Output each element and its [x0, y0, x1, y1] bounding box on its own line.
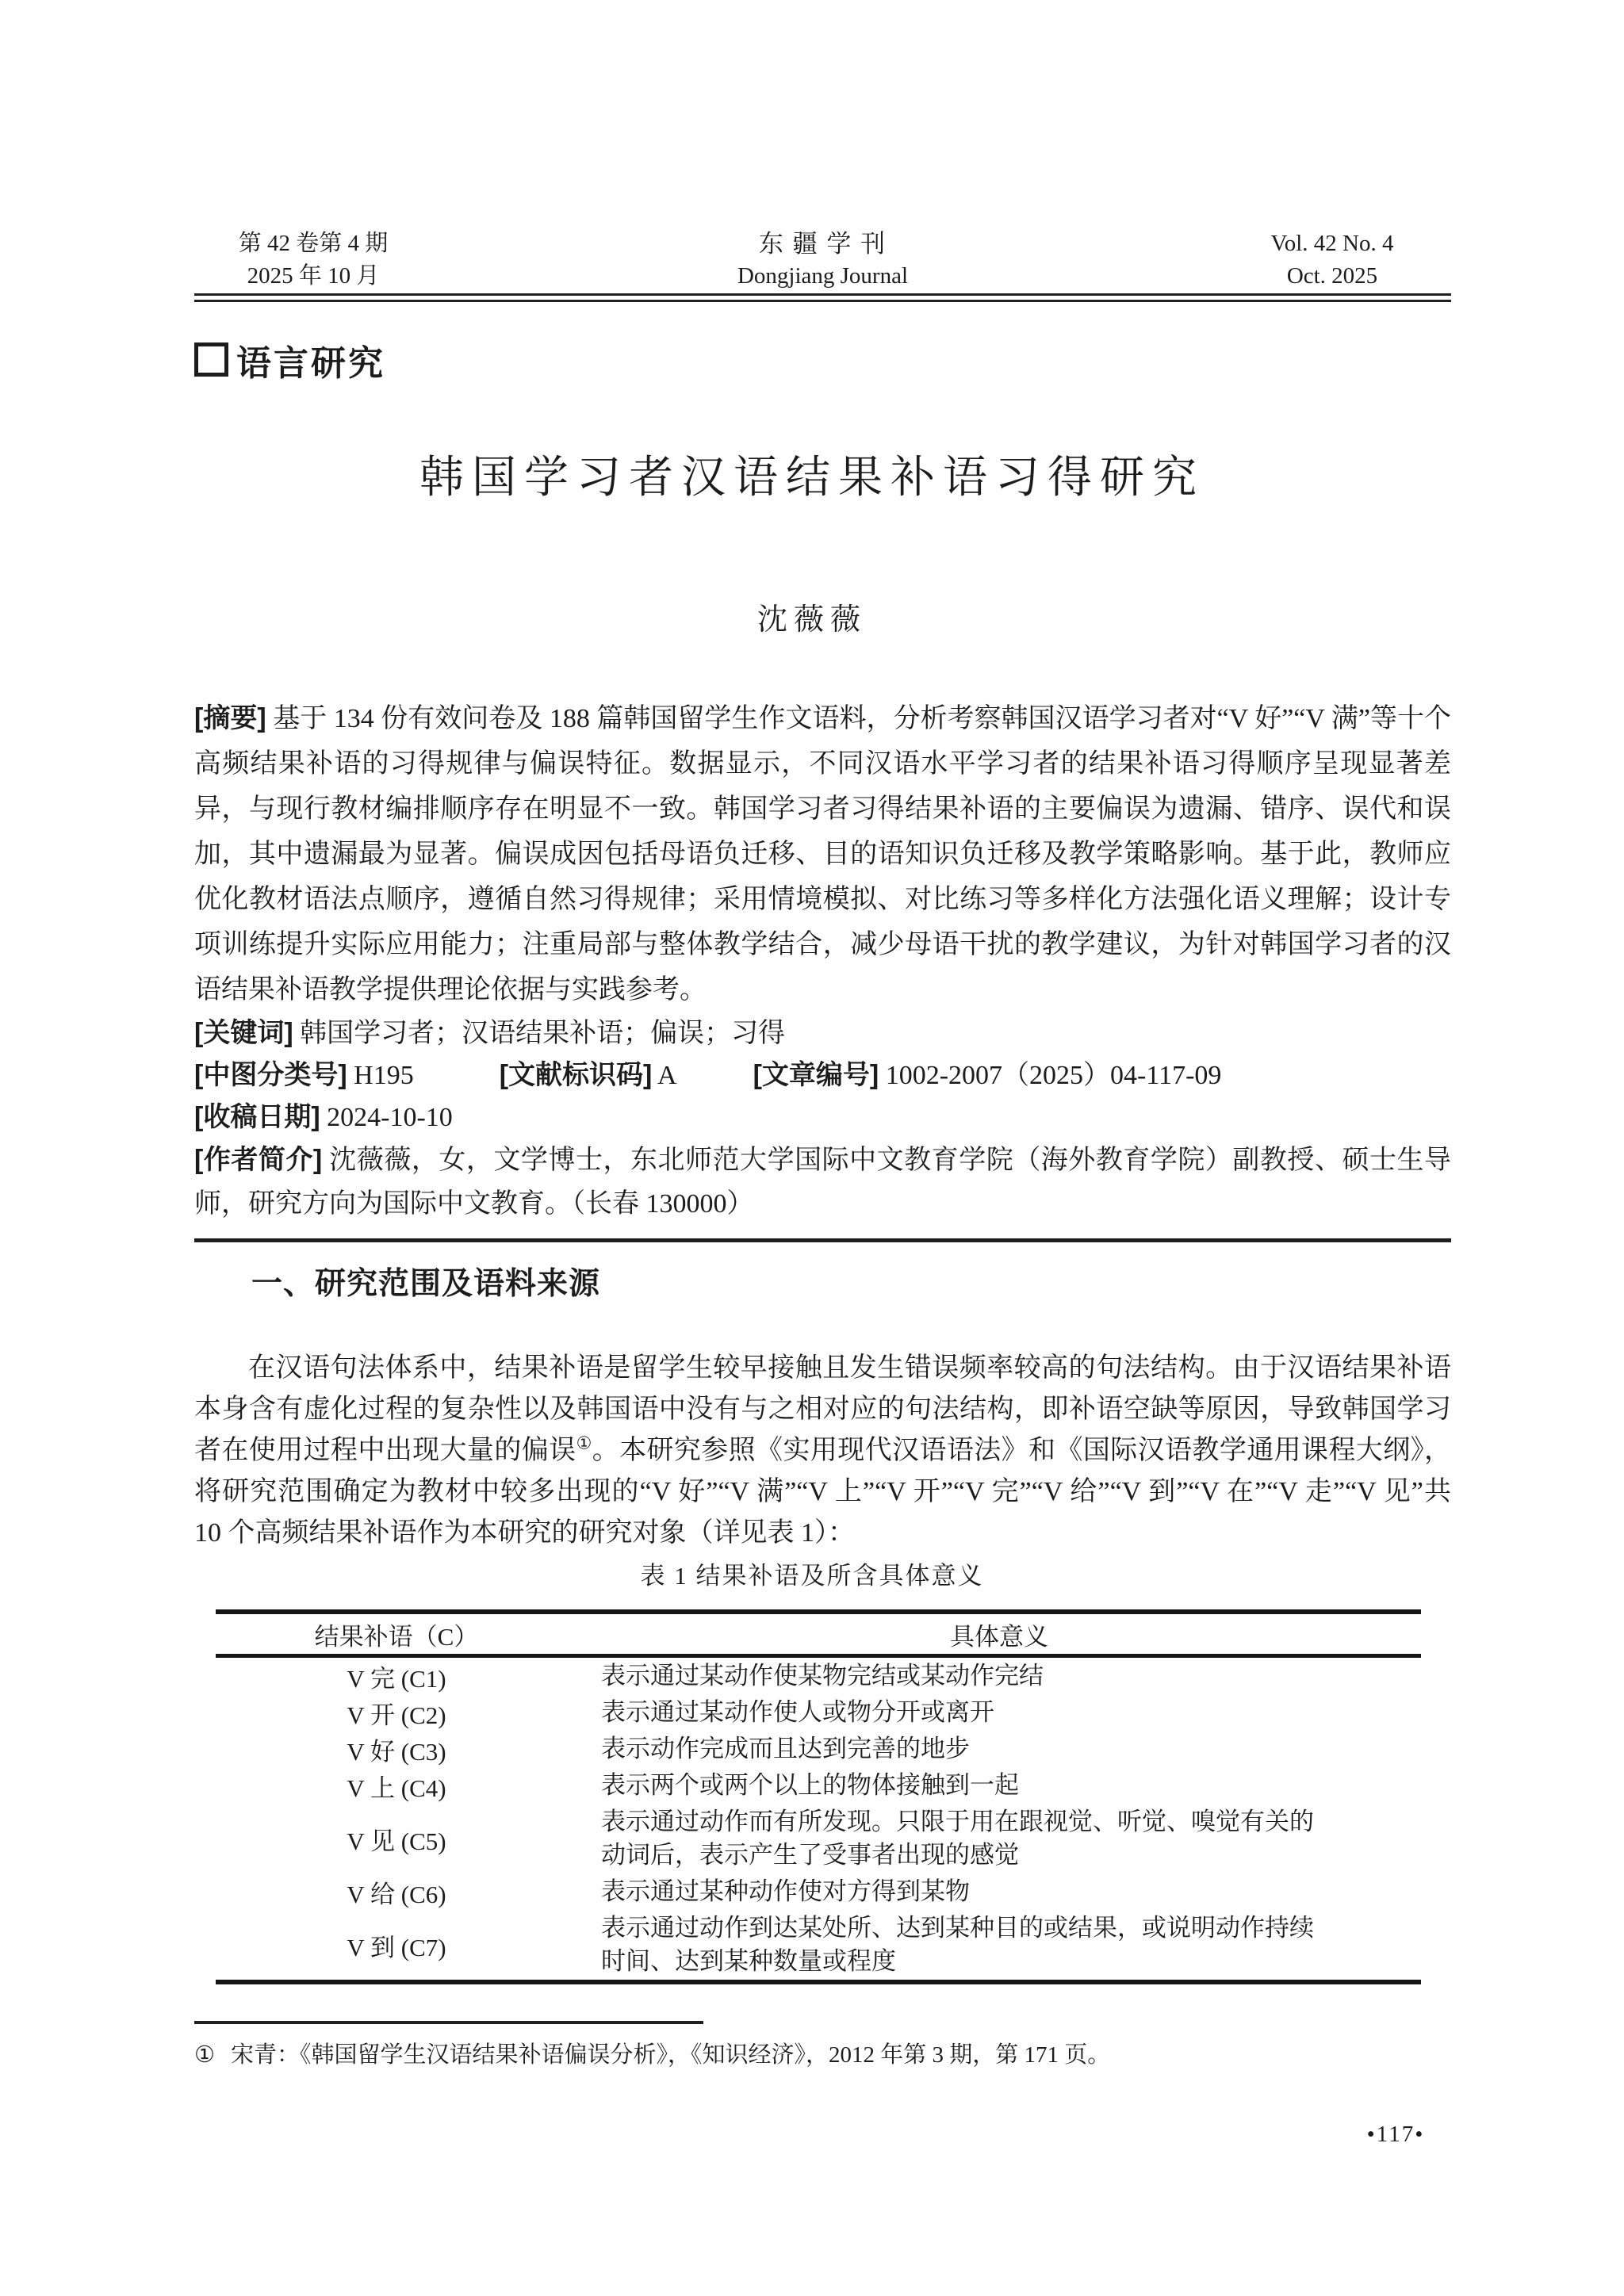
table-row: V 完 (C1) 表示通过某动作使某物完结或某动作完结 [216, 1658, 1421, 1694]
table-col1-header: 结果补语（C） [216, 1617, 577, 1652]
article-id-value: 1002-2007（2025）04-117-09 [886, 1061, 1222, 1090]
table-row: V 好 (C3) 表示动作完成而且达到完善的地步 [216, 1731, 1421, 1767]
received-label: [收稿日期] [194, 1102, 320, 1132]
table-col2-header: 具体意义 [577, 1617, 1421, 1652]
author-bio-paragraph: [作者简介] 沈薇薇，女，文学博士，东北师范大学国际中文教育学院（海外教育学院）… [194, 1138, 1451, 1226]
front-matter: [摘要] 基于 134 份有效问卷及 188 篇韩国留学生作文语料，分析考察韩国… [194, 696, 1451, 1226]
complement-desc: 表示通过某动作使某物完结或某动作完结 [577, 1659, 1421, 1693]
table-row: V 给 (C6) 表示通过某种动作使对方得到某物 [216, 1873, 1421, 1910]
clc-label: [中图分类号] [194, 1060, 347, 1090]
table-row: V 上 (C4) 表示两个或两个以上的物体接触到一起 [216, 1767, 1421, 1804]
doc-code-label: [文献标识码] [500, 1060, 653, 1090]
table-row: V 开 (C2) 表示通过某动作使人或物分开或离开 [216, 1694, 1421, 1731]
volume-issue-line2: 2025 年 10 月 [194, 260, 432, 293]
article-title: 韩国学习者汉语结果补语习得研究 [0, 442, 1624, 506]
complement-label: V 好 (C3) [216, 1732, 577, 1767]
received-value: 2024-10-10 [327, 1103, 453, 1132]
square-icon [194, 342, 228, 377]
keywords-text: 韩国学习者；汉语结果补语；偏误；习得 [300, 1019, 785, 1048]
footnote: ①宋青：《韩国留学生汉语结果补语偏误分析》，《知识经济》，2012 年第 3 期… [194, 2039, 1451, 2072]
keywords-line: [关键词] 韩国学习者；汉语结果补语；偏误；习得 [194, 1012, 1451, 1054]
complement-label: V 完 (C1) [216, 1659, 577, 1694]
page-number: •117• [1332, 2122, 1459, 2148]
complement-label: V 开 (C2) [216, 1695, 577, 1731]
complement-desc: 表示动作完成而且达到完善的地步 [577, 1732, 1421, 1766]
footnote-text: 宋青：《韩国留学生汉语结果补语偏误分析》，《知识经济》，2012 年第 3 期，… [231, 2042, 1110, 2068]
doc-code-value: A [657, 1061, 677, 1090]
header-double-rule [194, 293, 1451, 302]
journal-title-block: 东 疆 学 刊 Dongjiang Journal [432, 228, 1213, 293]
table-row: V 见 (C5) 表示通过动作而有所发现。只限于用在跟视觉、听觉、嗅觉有关的 动… [216, 1804, 1421, 1873]
column-section-marker: 语言研究 [194, 335, 385, 385]
author-name: 沈薇薇 [0, 595, 1624, 638]
section-heading: 一、研究范围及语料来源 [194, 1259, 1451, 1303]
front-matter-divider [194, 1238, 1451, 1242]
body-paragraph: 在汉语句法体系中，结果补语是留学生较早接触且发生错误频率较高的句法结构。由于汉语… [194, 1348, 1451, 1554]
volume-line-en: Vol. 42 No. 4 [1213, 228, 1451, 260]
volume-issue-cn: 第 42 卷第 4 期 2025 年 10 月 [194, 228, 432, 293]
clc-value: H195 [354, 1061, 414, 1090]
table-row: V 到 (C7) 表示通过动作到达某处所、达到某种目的或结果，或说明动作持续 时… [216, 1910, 1421, 1980]
footnote-divider [194, 2021, 703, 2024]
abstract-label: [摘要] [194, 703, 266, 733]
table-caption: 表 1 结果补语及所含具体意义 [0, 1556, 1624, 1591]
complement-desc: 表示两个或两个以上的物体接触到一起 [577, 1769, 1421, 1802]
date-line-en: Oct. 2025 [1213, 260, 1451, 293]
abstract-paragraph: [摘要] 基于 134 份有效问卷及 188 篇韩国留学生作文语料，分析考察韩国… [194, 696, 1451, 1012]
journal-title-cn: 东 疆 学 刊 [432, 228, 1213, 260]
complement-desc: 表示通过某种动作使对方得到某物 [577, 1875, 1421, 1908]
complement-label: V 到 (C7) [216, 1927, 577, 1963]
complement-desc: 表示通过动作到达某处所、达到某种目的或结果，或说明动作持续 时间、达到某种数量或… [577, 1911, 1421, 1978]
footnote-marker: ① [194, 2042, 215, 2068]
complement-desc: 表示通过动作而有所发现。只限于用在跟视觉、听觉、嗅觉有关的 动词后，表示产生了受… [577, 1805, 1421, 1872]
journal-title-en: Dongjiang Journal [432, 260, 1213, 293]
keywords-label: [关键词] [194, 1018, 293, 1048]
volume-issue-line1: 第 42 卷第 4 期 [194, 228, 432, 260]
volume-issue-en: Vol. 42 No. 4 Oct. 2025 [1213, 228, 1451, 293]
article-id-label: [文章编号] [753, 1060, 879, 1090]
table-header-row: 结果补语（C） 具体意义 [216, 1614, 1421, 1658]
classification-line: [中图分类号] H195[文献标识码] A[文章编号] 1002-2007（20… [194, 1054, 1451, 1096]
column-section-label: 语言研究 [236, 344, 385, 383]
complement-label: V 见 (C5) [216, 1821, 577, 1857]
bio-text: 沈薇薇，女，文学博士，东北师范大学国际中文教育学院（海外教育学院）副教授、硕士生… [194, 1146, 1451, 1219]
complement-label: V 给 (C6) [216, 1874, 577, 1910]
results-table: 结果补语（C） 具体意义 V 完 (C1) 表示通过某动作使某物完结或某动作完结… [216, 1609, 1421, 1984]
complement-desc: 表示通过某动作使人或物分开或离开 [577, 1696, 1421, 1729]
bio-label: [作者简介] [194, 1145, 322, 1175]
journal-page: 第 42 卷第 4 期 2025 年 10 月 东 疆 学 刊 Dongjian… [0, 0, 1624, 2296]
abstract-text: 基于 134 份有效问卷及 188 篇韩国留学生作文语料，分析考察韩国汉语学习者… [194, 704, 1451, 1004]
received-date-line: [收稿日期] 2024-10-10 [194, 1096, 1451, 1138]
complement-label: V 上 (C4) [216, 1768, 577, 1804]
footnote-ref-sup: ① [576, 1433, 592, 1453]
journal-header: 第 42 卷第 4 期 2025 年 10 月 东 疆 学 刊 Dongjian… [194, 228, 1451, 293]
